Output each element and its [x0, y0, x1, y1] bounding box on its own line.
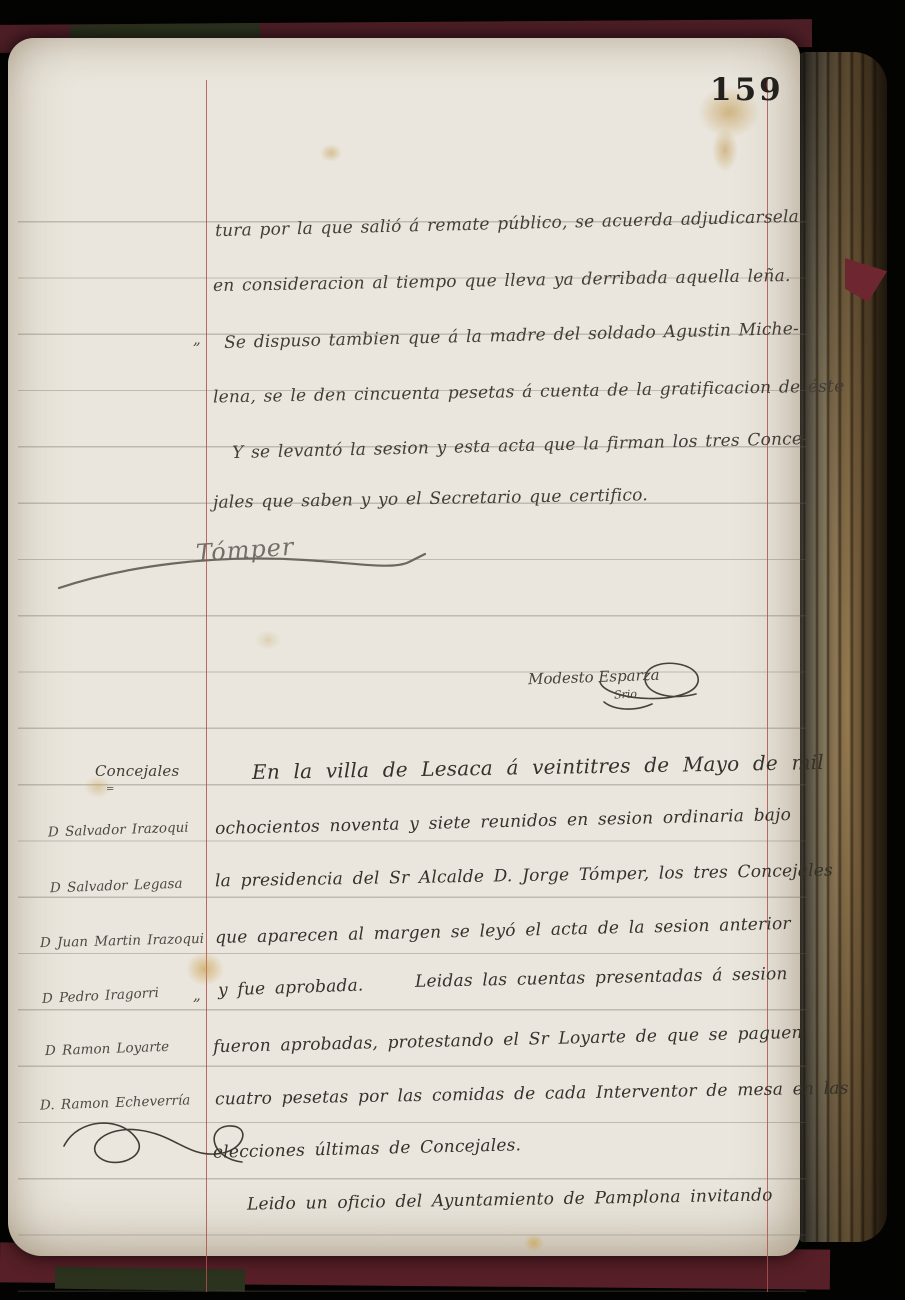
book-photo: 159 tura por la que salió á remate públi…	[0, 0, 905, 1300]
page-stack-fore-edge	[797, 52, 887, 1242]
margin-heading: Concejales	[95, 762, 179, 780]
red-margin-line-left	[206, 80, 207, 1292]
ditto-mark: „	[193, 330, 201, 348]
page-number: 159	[710, 72, 784, 108]
margin-heading-underline: =	[106, 784, 114, 795]
signature-flourish	[55, 548, 435, 596]
ditto-mark: „	[193, 986, 201, 1004]
signature-rubric	[592, 658, 707, 714]
red-margin-line-right	[767, 80, 768, 1292]
book-cover-bottom-corner	[55, 1267, 245, 1292]
